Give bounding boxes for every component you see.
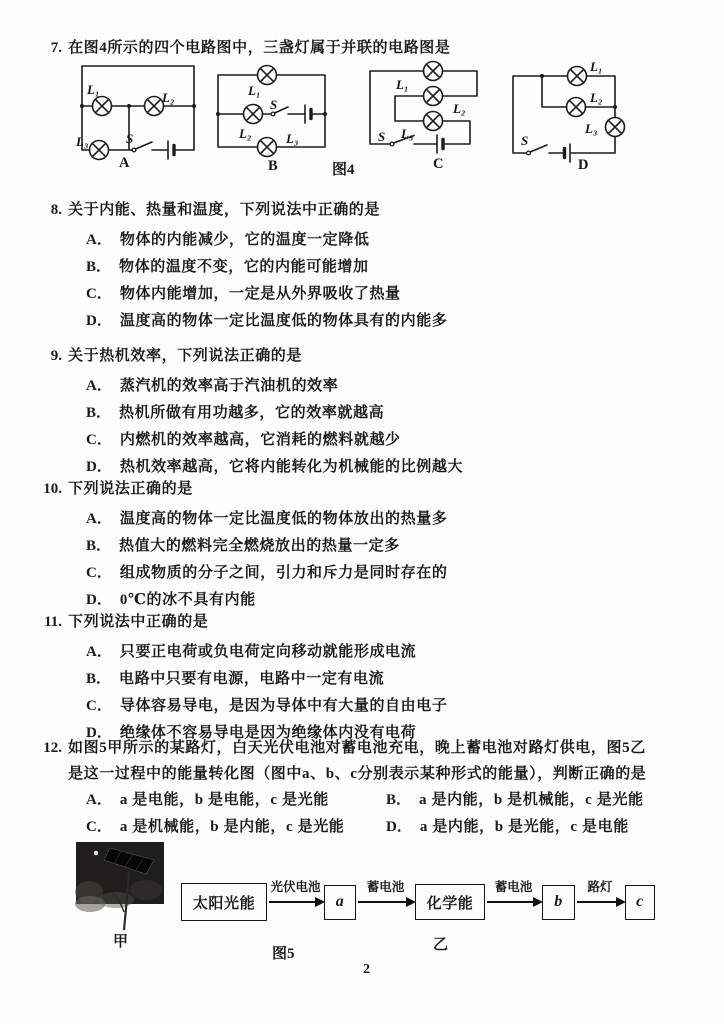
- options: A．只要正电荷或负电荷定向移动就能形成电流 B．电路中只要有电源，电路中一定有电…: [36, 639, 714, 747]
- arrow-label: 光伏电池: [267, 877, 324, 895]
- question-stem: 8. 关于内能、热量和温度，下列说法中正确的是: [36, 200, 714, 220]
- switch-label: S: [378, 129, 385, 144]
- figure4-caption: 图4: [332, 158, 355, 179]
- lamp-label: L₂: [238, 126, 251, 141]
- circuit-diagram-a: L₁ L₂ L₃ S A: [72, 56, 202, 171]
- arrow-icon: [487, 901, 538, 903]
- lamp-label: L₃: [584, 121, 597, 136]
- option: B．电路中只要有电源，电路中一定有电流: [36, 666, 714, 693]
- option: C．组成物质的分子之间，引力和斥力是同时存在的: [36, 560, 714, 587]
- junction-dot: [323, 112, 327, 116]
- junction-dot: [540, 74, 544, 78]
- options: A．温度高的物体一定比温度低的物体放出的热量多 B．热值大的燃料完全燃烧放出的热…: [36, 506, 714, 614]
- question-number: 9.: [36, 346, 62, 366]
- options: A．a 是电能，b 是电能，c 是光能 B．a 是内能，b 是机械能，c 是光能…: [36, 787, 714, 841]
- arrow-label: 蓄电池: [356, 877, 415, 895]
- arrow-icon: [358, 901, 411, 903]
- option-label: C．: [86, 698, 112, 714]
- junction-dot: [613, 105, 617, 109]
- option-label: D．: [86, 592, 112, 608]
- option-text: 导体容易导电，是因为导体中有大量的自由电子: [120, 698, 448, 714]
- flow-arrow: 光伏电池: [267, 884, 324, 920]
- option-text: a 是电能，b 是电能，c 是光能: [120, 792, 329, 808]
- question-number: 8.: [36, 200, 62, 220]
- figure-4: L₁ L₂ L₃ S A L₁ L₂ L₃ S: [0, 0, 724, 190]
- question-11: 11. 下列说法中正确的是 A．只要正电荷或负电荷定向移动就能形成电流 B．电路…: [36, 612, 714, 747]
- question-stem: 11. 下列说法中正确的是: [36, 612, 714, 632]
- option-text: 物体的内能减少，它的温度一定降低: [120, 232, 370, 248]
- lamp-label: L₂: [161, 90, 174, 105]
- lamp-label: L₃: [400, 126, 413, 141]
- junction-dot: [192, 104, 196, 108]
- option-label: A．: [86, 644, 112, 660]
- option-text: 温度高的物体一定比温度低的物体具有的内能多: [120, 313, 448, 329]
- junction-dot: [127, 104, 131, 108]
- option-text: 电路中只要有电源，电路中一定有电流: [119, 671, 384, 687]
- option-label: C．: [86, 432, 112, 448]
- wires: [513, 76, 615, 153]
- options: A．蒸汽机的效率高于汽油机的效率 B．热机所做有用功越多，它的效率就越高 C．内…: [36, 373, 714, 481]
- energy-flow-diagram: 太阳光能 光伏电池 a 蓄电池 化学能 蓄电池 b 路灯 c: [181, 876, 655, 928]
- arrow-icon: [269, 901, 320, 903]
- option-label: C．: [86, 565, 112, 581]
- lamp-label: L₃: [75, 134, 88, 149]
- option-text: 温度高的物体一定比温度低的物体放出的热量多: [120, 511, 448, 527]
- lamp-icon: [244, 105, 263, 124]
- exam-paper-page: 7. 在图4所示的四个电路图中，三盏灯属于并联的电路图是 L₁ L₂ L₃: [0, 0, 724, 1024]
- question-number: 10.: [36, 479, 62, 499]
- battery-icon: [437, 135, 443, 153]
- lamp-icon: [258, 66, 277, 85]
- option: A．只要正电荷或负电荷定向移动就能形成电流: [36, 639, 714, 666]
- lamp-icon: [145, 97, 164, 116]
- question-number: 12.: [36, 735, 62, 761]
- lamp-icon: [424, 62, 443, 81]
- lamp-icon: [424, 112, 443, 131]
- option-label: A．: [86, 232, 112, 248]
- lamp-label: L₂: [589, 90, 602, 105]
- option-label: B．: [386, 792, 411, 808]
- lamp-label: L₁: [589, 59, 602, 74]
- arrow-icon: [577, 901, 621, 903]
- option-text: 只要正电荷或负电荷定向移动就能形成电流: [120, 644, 416, 660]
- moon-dot: [94, 851, 98, 855]
- junction-dot: [216, 112, 220, 116]
- energy-box: 化学能: [415, 884, 485, 920]
- energy-box-c: c: [625, 885, 655, 920]
- question-9: 9. 关于热机效率，下列说法正确的是 A．蒸汽机的效率高于汽油机的效率 B．热机…: [36, 346, 714, 481]
- options: A．物体的内能减少，它的温度一定降低 B．物体的温度不变，它的内能可能增加 C．…: [36, 227, 714, 335]
- option-text: 物体的温度不变，它的内能可能增加: [119, 259, 369, 275]
- lamp-label: L₁: [247, 83, 260, 98]
- question-stem-text: 下列说法中正确的是: [68, 614, 208, 630]
- lamp-icon: [567, 98, 586, 117]
- battery-icon: [565, 144, 571, 162]
- option-label: A．: [86, 378, 112, 394]
- option-label: D．: [86, 313, 112, 329]
- option-text: a 是内能，b 是机械能，c 是光能: [419, 792, 644, 808]
- circuit-letter: A: [119, 155, 130, 171]
- street-lamp-photo: [74, 840, 170, 936]
- option-text: 组成物质的分子之间，引力和斥力是同时存在的: [120, 565, 448, 581]
- option-label: A．: [86, 511, 112, 527]
- option-text: a 是机械能，b 是内能，c 是光能: [120, 819, 345, 835]
- option-text: 热值大的燃料完全燃烧放出的热量一定多: [119, 538, 400, 554]
- option: B．a 是内能，b 是机械能，c 是光能: [386, 787, 714, 814]
- switch-label: S: [126, 131, 133, 146]
- arrow-label: 路灯: [575, 877, 625, 895]
- lamp-icon: [90, 141, 109, 160]
- option: A．蒸汽机的效率高于汽油机的效率: [36, 373, 714, 400]
- question-8: 8. 关于内能、热量和温度，下列说法中正确的是 A．物体的内能减少，它的温度一定…: [36, 200, 714, 335]
- circuit-letter: C: [433, 156, 443, 172]
- option-text: a 是内能，b 是光能，c 是电能: [420, 819, 629, 835]
- energy-box: 太阳光能: [181, 883, 267, 921]
- question-stem: 12. 如图5甲所示的某路灯，白天光伏电池对蓄电池充电，晚上蓄电池对路灯供电，图…: [36, 735, 714, 761]
- lamp-label: L₃: [285, 131, 298, 146]
- energy-box-b: b: [542, 885, 575, 920]
- option-text: 蒸汽机的效率高于汽油机的效率: [120, 378, 338, 394]
- option-text: 内燃机的效率越高，它消耗的燃料就越少: [120, 432, 401, 448]
- lamp-icon: [258, 138, 277, 157]
- question-stem: 9. 关于热机效率，下列说法正确的是: [36, 346, 714, 366]
- question-stem-text: 关于热机效率，下列说法正确的是: [68, 348, 302, 364]
- figure5-caption: 图5: [272, 942, 295, 963]
- lamp-icon: [568, 67, 587, 86]
- question-10: 10. 下列说法正确的是 A．温度高的物体一定比温度低的物体放出的热量多 B．热…: [36, 479, 714, 614]
- battery-icon: [168, 141, 174, 159]
- switch-label: S: [521, 133, 528, 148]
- lamp-label: L₁: [86, 82, 99, 97]
- option-label: B．: [86, 671, 111, 687]
- option: C．物体内能增加，一定是从外界吸收了热量: [36, 281, 714, 308]
- junction-dot: [80, 104, 84, 108]
- question-stem-text-line1: 如图5甲所示的某路灯，白天光伏电池对蓄电池充电，晚上蓄电池对路灯供电，图5乙: [68, 740, 646, 756]
- lamp-label: L₁: [395, 77, 408, 92]
- option: D．热机效率越高，它将内能转化为机械能的比例越大: [36, 454, 714, 481]
- question-stem: 10. 下列说法正确的是: [36, 479, 714, 499]
- lamp-label: L₂: [452, 101, 465, 116]
- circuit-diagram-c: L₁ L₂ L₃ S C: [367, 56, 507, 174]
- switch-label: S: [270, 97, 277, 112]
- option-label: C．: [86, 819, 112, 835]
- option-label: D．: [86, 459, 112, 475]
- question-stem-line2: 是这一过程中的能量转化图（图中a、b、c分别表示某种形式的能量），判断正确的是: [36, 761, 714, 787]
- question-12: 12. 如图5甲所示的某路灯，白天光伏电池对蓄电池充电，晚上蓄电池对路灯供电，图…: [36, 735, 714, 841]
- question-stem-text-line2: 是这一过程中的能量转化图（图中a、b、c分别表示某种形式的能量），判断正确的是: [68, 766, 646, 782]
- arrow-label: 蓄电池: [485, 877, 542, 895]
- option: B．物体的温度不变，它的内能可能增加: [36, 254, 714, 281]
- option: B．热值大的燃料完全燃烧放出的热量一定多: [36, 533, 714, 560]
- option: B．热机所做有用功越多，它的效率就越高: [36, 400, 714, 427]
- question-stem-text: 关于内能、热量和温度，下列说法中正确的是: [68, 202, 380, 218]
- option-label: B．: [86, 405, 111, 421]
- circuit-letter: B: [268, 158, 278, 174]
- lamp-icon: [606, 118, 625, 137]
- battery-icon: [305, 105, 311, 123]
- switch-icon: [527, 145, 547, 155]
- circuit-diagram-b: L₁ L₂ L₃ S B: [212, 62, 332, 174]
- lamp-icon: [424, 87, 443, 106]
- option-text: 热机所做有用功越多，它的效率就越高: [119, 405, 384, 421]
- option-label: A．: [86, 792, 112, 808]
- option: A．温度高的物体一定比温度低的物体放出的热量多: [36, 506, 714, 533]
- option-text: 0℃的冰不具有内能: [120, 592, 256, 608]
- photo-label: 甲: [113, 930, 128, 951]
- option: D．温度高的物体一定比温度低的物体具有的内能多: [36, 308, 714, 335]
- diagram-label: 乙: [433, 933, 448, 954]
- flow-arrow: 蓄电池: [485, 884, 542, 920]
- option-label: B．: [86, 259, 111, 275]
- option-text: 物体内能增加，一定是从外界吸收了热量: [120, 286, 401, 302]
- question-number: 11.: [36, 612, 62, 632]
- option-text: 热机效率越高，它将内能转化为机械能的比例越大: [120, 459, 463, 475]
- energy-box-a: a: [324, 885, 356, 920]
- circuit-diagram-d: L₁ L₂ L₃ S D: [503, 56, 678, 174]
- lamp-icon: [93, 97, 112, 116]
- option: D．0℃的冰不具有内能: [36, 587, 714, 614]
- page-number: 2: [363, 962, 370, 978]
- wires: [82, 66, 194, 150]
- flow-arrow: 蓄电池: [356, 884, 415, 920]
- switch-icon: [132, 142, 152, 152]
- option: A．物体的内能减少，它的温度一定降低: [36, 227, 714, 254]
- option: C．内燃机的效率越高，它消耗的燃料就越少: [36, 427, 714, 454]
- option-label: B．: [86, 538, 111, 554]
- figure-5: 太阳光能 光伏电池 a 蓄电池 化学能 蓄电池 b 路灯 c 甲 乙: [0, 835, 724, 995]
- option-label: D．: [386, 819, 412, 835]
- option: C．导体容易导电，是因为导体中有大量的自由电子: [36, 693, 714, 720]
- option-label: C．: [86, 286, 112, 302]
- circuit-letter: D: [578, 157, 588, 173]
- question-stem-text: 下列说法正确的是: [68, 481, 193, 497]
- flow-arrow: 路灯: [575, 884, 625, 920]
- option: A．a 是电能，b 是电能，c 是光能: [86, 787, 386, 814]
